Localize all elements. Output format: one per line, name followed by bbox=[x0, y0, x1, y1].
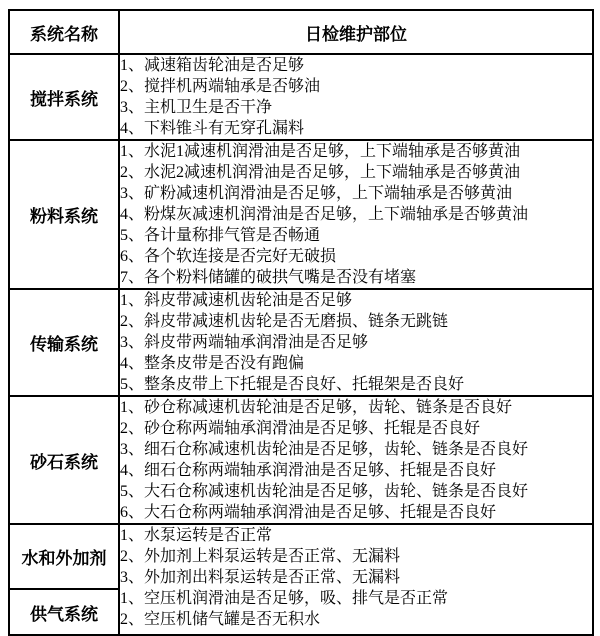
item-line: 3、外加剂出料泵运转是否正常、无漏料 bbox=[120, 567, 592, 588]
header-cell-items: 日检维护部位 bbox=[119, 10, 593, 54]
item-line: 1、空压机润滑油是否足够，吸、排气是否正常 bbox=[120, 588, 592, 609]
item-line: 1、水泵运转是否正常 bbox=[120, 525, 592, 546]
item-line: 3、斜皮带两端轴承润滑油是否足够 bbox=[120, 332, 592, 353]
system-name-conveyor: 传输系统 bbox=[9, 289, 119, 396]
items-cell-aggregate: 1、砂仓称减速机齿轮油是否足够，齿轮、链条是否良好 2、砂仓称两端轴承润滑油是否… bbox=[119, 396, 593, 524]
header-row: 系统名称 日检维护部位 bbox=[9, 10, 593, 54]
table-row-water-admixture: 水和外加剂 1、水泵运转是否正常 2、外加剂上料泵运转是否正常、无漏料 3、外加… bbox=[9, 524, 593, 589]
table-row-conveyor: 传输系统 1、斜皮带减速机齿轮油是否足够 2、斜皮带减速机齿轮是否无磨损、链条无… bbox=[9, 289, 593, 396]
item-line: 5、整条皮带上下托辊是否良好、托辊架是否良好 bbox=[120, 374, 592, 395]
system-name-water-admixture: 水和外加剂 bbox=[9, 524, 119, 589]
item-line: 5、大石仓称减速机齿轮油是否足够，齿轮、链条是否良好 bbox=[120, 481, 592, 502]
item-line: 2、空压机储气罐是否无积水 bbox=[120, 609, 592, 630]
system-name-aggregate: 砂石系统 bbox=[9, 396, 119, 524]
item-line: 4、下料锥斗有无穿孔漏料 bbox=[120, 118, 592, 139]
item-line: 2、搅拌机两端轴承是否够油 bbox=[120, 76, 592, 97]
item-line: 2、砂仓称两端轴承润滑油是否足够、托辊是否良好 bbox=[120, 418, 592, 439]
system-name-powder: 粉料系统 bbox=[9, 140, 119, 289]
item-line: 3、矿粉减速机润滑油是否足够，上下端轴承是否够黄油 bbox=[120, 183, 592, 204]
items-cell-water-air-merged: 1、水泵运转是否正常 2、外加剂上料泵运转是否正常、无漏料 3、外加剂出料泵运转… bbox=[119, 524, 593, 635]
item-line: 4、细石仓称两端轴承润滑油是否足够、托辊是否良好 bbox=[120, 460, 592, 481]
item-line: 6、大石仓称两端轴承润滑油是否足够、托辊是否良好 bbox=[120, 502, 592, 523]
item-line: 3、主机卫生是否干净 bbox=[120, 97, 592, 118]
item-line: 1、水泥1减速机润滑油是否足够，上下端轴承是否够黄油 bbox=[120, 141, 592, 162]
item-line: 6、各个软连接是否完好无破损 bbox=[120, 246, 592, 267]
item-line: 4、整条皮带是否没有跑偏 bbox=[120, 353, 592, 374]
items-cell-conveyor: 1、斜皮带减速机齿轮油是否足够 2、斜皮带减速机齿轮是否无磨损、链条无跳链 3、… bbox=[119, 289, 593, 396]
system-name-mixing: 搅拌系统 bbox=[9, 54, 119, 140]
table-row-aggregate: 砂石系统 1、砂仓称减速机齿轮油是否足够，齿轮、链条是否良好 2、砂仓称两端轴承… bbox=[9, 396, 593, 524]
items-cell-mixing: 1、减速箱齿轮油是否足够 2、搅拌机两端轴承是否够油 3、主机卫生是否干净 4、… bbox=[119, 54, 593, 140]
item-line: 2、斜皮带减速机齿轮是否无磨损、链条无跳链 bbox=[120, 311, 592, 332]
item-line: 3、细石仓称减速机齿轮油是否足够，齿轮、链条是否良好 bbox=[120, 439, 592, 460]
item-line: 2、水泥2减速机润滑油是否足够，上下端轴承是否够黄油 bbox=[120, 162, 592, 183]
items-cell-powder: 1、水泥1减速机润滑油是否足够，上下端轴承是否够黄油 2、水泥2减速机润滑油是否… bbox=[119, 140, 593, 289]
item-line: 4、粉煤灰减速机润滑油是否足够，上下端轴承是否够黄油 bbox=[120, 204, 592, 225]
item-line: 1、砂仓称减速机齿轮油是否足够，齿轮、链条是否良好 bbox=[120, 397, 592, 418]
item-line: 2、外加剂上料泵运转是否正常、无漏料 bbox=[120, 546, 592, 567]
item-line: 5、各计量称排气管是否畅通 bbox=[120, 225, 592, 246]
page: 系统名称 日检维护部位 搅拌系统 1、减速箱齿轮油是否足够 2、搅拌机两端轴承是… bbox=[0, 0, 600, 636]
item-line: 1、减速箱齿轮油是否足够 bbox=[120, 55, 592, 76]
item-line: 1、斜皮带减速机齿轮油是否足够 bbox=[120, 290, 592, 311]
table-row-mixing: 搅拌系统 1、减速箱齿轮油是否足够 2、搅拌机两端轴承是否够油 3、主机卫生是否… bbox=[9, 54, 593, 140]
daily-maintenance-table: 系统名称 日检维护部位 搅拌系统 1、减速箱齿轮油是否足够 2、搅拌机两端轴承是… bbox=[8, 9, 594, 636]
item-line: 7、各个粉料储罐的破拱气嘴是否没有堵塞 bbox=[120, 267, 592, 288]
table-row-powder: 粉料系统 1、水泥1减速机润滑油是否足够，上下端轴承是否够黄油 2、水泥2减速机… bbox=[9, 140, 593, 289]
system-name-air-supply: 供气系统 bbox=[9, 589, 119, 635]
header-cell-system: 系统名称 bbox=[9, 10, 119, 54]
